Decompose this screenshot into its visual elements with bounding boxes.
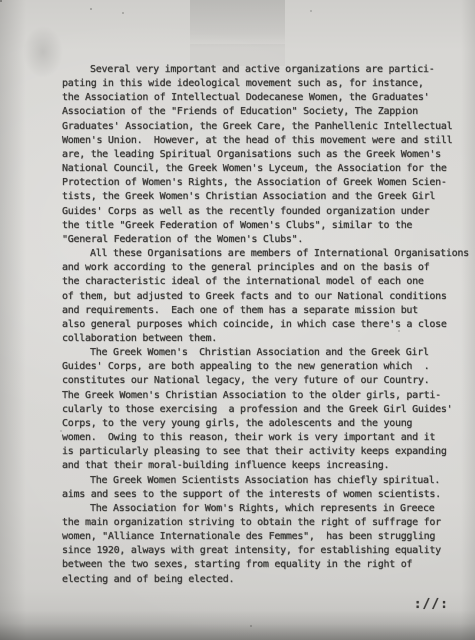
- paper-specks: [0, 0, 1, 1]
- right-edge-shadow: [461, 0, 475, 640]
- left-edge-shadow: [0, 0, 26, 640]
- scan-shading-band: [190, 0, 285, 48]
- paragraph-international-membership: All these Organisations are members of I…: [62, 247, 458, 346]
- typewritten-text: Several very important and active organi…: [62, 63, 458, 587]
- paragraph-organizations: Several very important and active organi…: [62, 63, 458, 247]
- bottom-edge-shadow: [0, 610, 475, 640]
- paper-smudge: [20, 22, 66, 82]
- paragraph-womens-rights: The Association for Wom's Rights, which …: [62, 502, 458, 587]
- scanned-page: Several very important and active organi…: [0, 0, 475, 640]
- paragraph-christian-association-girl-guides: The Greek Women's Christian Association …: [62, 346, 458, 473]
- paragraph-women-scientists: The Greek Women Scientists Association h…: [62, 474, 458, 502]
- end-of-page-mark: ://:: [414, 597, 449, 612]
